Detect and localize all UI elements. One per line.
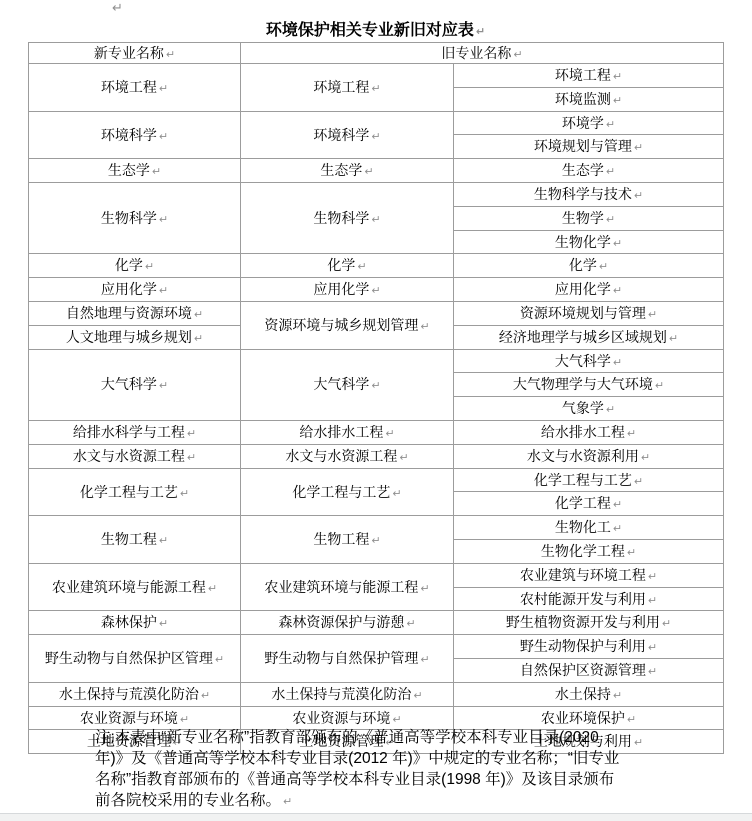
cell-old-major: 野生动物保护与利用↵: [454, 635, 724, 659]
paragraph-mark: ↵: [613, 237, 622, 250]
paragraph-mark: ↵: [399, 451, 408, 464]
cell-old-major: 自然保护区资源管理↵: [454, 658, 724, 682]
paragraph-mark: ↵: [152, 165, 161, 178]
paragraph-mark: ↵: [159, 534, 168, 547]
cell-text: 气象学: [562, 400, 604, 416]
cell-text: 环境工程: [313, 79, 369, 95]
table-row: 生物科学↵生物科学↵生物科学与技术↵: [29, 182, 724, 206]
cell-text: 野生动物与自然保护区管理: [45, 650, 213, 666]
paragraph-mark: ↵: [194, 332, 203, 345]
paragraph-mark: ↵: [187, 451, 196, 464]
paragraph-mark: ↵: [112, 1, 123, 16]
paragraph-mark: ↵: [283, 795, 292, 808]
cell-old-major: 化学工程与工艺↵: [454, 468, 724, 492]
cell-text: 自然保护区资源管理: [520, 662, 646, 678]
cell-new-major: 生物工程↵: [29, 516, 241, 564]
cell-old-major: 环境监测↵: [454, 87, 724, 111]
cell-text: 环境规划与管理: [534, 138, 632, 154]
paragraph-mark: ↵: [180, 487, 189, 500]
cell-new-major: 生物科学↵: [29, 182, 241, 253]
cell-text: 新专业名称: [94, 45, 164, 61]
page-title-text: 环境保护相关专业新旧对应表: [266, 22, 474, 39]
cell-new-major: 农业建筑环境与能源工程↵: [29, 563, 241, 611]
table-row: 野生动物与自然保护区管理↵野生动物与自然保护管理↵野生动物保护与利用↵: [29, 635, 724, 659]
cell-text: 化学工程与工艺: [292, 484, 390, 500]
cell-text: 农业资源与环境: [80, 710, 178, 726]
paragraph-mark: ↵: [385, 427, 394, 440]
paragraph-mark: ↵: [627, 546, 636, 559]
paragraph-mark: ↵: [613, 70, 622, 83]
cell-text: 野生动物与自然保护管理: [264, 650, 418, 666]
cell-new-major: 环境工程↵: [29, 64, 241, 112]
paragraph-mark: ↵: [420, 653, 429, 666]
note-line: 名称”指教育部颁布的《普通高等学校本科专业目录(1998 年)》及该目录颁布: [95, 769, 619, 790]
cell-text: 生物工程: [101, 531, 157, 547]
cell-text: 化学: [115, 257, 143, 273]
cell-text: 应用化学: [101, 281, 157, 297]
cell-old-major-mid: 大气科学↵: [241, 349, 454, 420]
paragraph-mark: ↵: [634, 189, 643, 202]
paragraph-mark: ↵: [627, 427, 636, 440]
table-row: 森林保护↵森林资源保护与游憩↵野生植物资源开发与利用↵: [29, 611, 724, 635]
cell-text: 生物学: [562, 210, 604, 226]
cell-text: 环境监测: [555, 91, 611, 107]
paragraph-mark: ↵: [159, 379, 168, 392]
paragraph-mark: ↵: [159, 130, 168, 143]
cell-old-major-mid: 资源环境与城乡规划管理↵: [241, 301, 454, 349]
paragraph-mark: ↵: [371, 379, 380, 392]
paragraph-mark: ↵: [606, 213, 615, 226]
cell-old-major-mid: 水文与水资源工程↵: [241, 444, 454, 468]
correspondence-table: 新专业名称↵旧专业名称↵ 环境工程↵环境工程↵环境工程↵环境监测↵环境科学↵环境…: [28, 42, 724, 754]
paragraph-mark: ↵: [613, 284, 622, 297]
paragraph-mark: ↵: [201, 689, 210, 702]
cell-old-major-mid: 生态学↵: [241, 159, 454, 183]
note-line-text: 年)》及《普通高等学校本科专业目录(2012 年)》中规定的专业名称；“旧专业: [95, 750, 619, 767]
paragraph-mark: ↵: [364, 165, 373, 178]
cell-old-major: 环境规划与管理↵: [454, 135, 724, 159]
paragraph-mark: ↵: [187, 427, 196, 440]
table-row: 水土保持与荒漠化防治↵水土保持与荒漠化防治↵水土保持↵: [29, 682, 724, 706]
paragraph-mark: ↵: [371, 130, 380, 143]
cell-old-major-mid: 环境工程↵: [241, 64, 454, 112]
cell-old-major: 农业建筑与环境工程↵: [454, 563, 724, 587]
paragraph-mark: ↵: [606, 118, 615, 131]
paragraph-mark: ↵: [655, 379, 664, 392]
cell-old-major-mid: 给水排水工程↵: [241, 420, 454, 444]
table-row: 环境工程↵环境工程↵环境工程↵: [29, 64, 724, 88]
cell-new-major: 给排水科学与工程↵: [29, 420, 241, 444]
cell-old-major-mid: 森林资源保护与游憩↵: [241, 611, 454, 635]
paragraph-mark: ↵: [606, 165, 615, 178]
cell-new-major: 化学↵: [29, 254, 241, 278]
cell-text: 化学: [569, 257, 597, 273]
cell-old-major-mid: 应用化学↵: [241, 278, 454, 302]
cell-text: 化学工程: [555, 495, 611, 511]
table-header-row: 新专业名称↵旧专业名称↵: [29, 43, 724, 64]
cell-old-major: 环境学↵: [454, 111, 724, 135]
table-row: 环境科学↵环境科学↵环境学↵: [29, 111, 724, 135]
paragraph-mark: ↵: [613, 356, 622, 369]
cell-text: 生物化学: [555, 234, 611, 250]
cell-text: 森林保护: [101, 614, 157, 630]
cell-text: 生物科学: [101, 210, 157, 226]
paragraph-mark: ↵: [627, 713, 636, 726]
paragraph-mark: ↵: [641, 451, 650, 464]
paragraph-mark: ↵: [634, 475, 643, 488]
cell-text: 农业资源与环境: [292, 710, 390, 726]
cell-text: 生物科学: [313, 210, 369, 226]
cell-text: 农业建筑与环境工程: [520, 567, 646, 583]
cell-text: 化学工程与工艺: [534, 472, 632, 488]
note-line: 注:本表中“新专业名称”指教育部颁布的《普通高等学校本科专业目录(2020: [95, 727, 619, 748]
cell-new-major: 野生动物与自然保护区管理↵: [29, 635, 241, 683]
cell-text: 水文与水资源工程: [73, 448, 185, 464]
cell-old-major: 生物科学与技术↵: [454, 182, 724, 206]
paragraph-mark: ↵: [420, 582, 429, 595]
paragraph-mark: ↵: [648, 308, 657, 321]
paragraph-mark: ↵: [648, 570, 657, 583]
cell-new-major: 生态学↵: [29, 159, 241, 183]
cell-text: 应用化学: [313, 281, 369, 297]
cell-text: 农业建筑环境与能源工程: [52, 579, 206, 595]
cell-old-major: 给水排水工程↵: [454, 420, 724, 444]
table-row: 给排水科学与工程↵给水排水工程↵给水排水工程↵: [29, 420, 724, 444]
cell-text: 自然地理与资源环境: [66, 305, 192, 321]
cell-text: 给水排水工程: [299, 424, 383, 440]
paragraph-mark: ↵: [215, 653, 224, 666]
cell-text: 大气科学: [313, 376, 369, 392]
cell-old-major-mid: 环境科学↵: [241, 111, 454, 159]
cell-old-major: 化学工程↵: [454, 492, 724, 516]
cell-old-major: 化学↵: [454, 254, 724, 278]
cell-text: 生物化学工程: [541, 543, 625, 559]
paragraph-mark: ↵: [159, 213, 168, 226]
cell-text: 旧专业名称: [441, 45, 511, 61]
cell-old-major: 生物化学工程↵: [454, 539, 724, 563]
cell-old-major: 生态学↵: [454, 159, 724, 183]
paragraph-mark: ↵: [613, 94, 622, 107]
cell-text: 生态学: [108, 162, 150, 178]
cell-old-major: 经济地理学与城乡区域规划↵: [454, 325, 724, 349]
cell-old-major: 生物化工↵: [454, 516, 724, 540]
cell-text: 环境工程: [555, 67, 611, 83]
cell-text: 生物工程: [313, 531, 369, 547]
cell-old-major-mid: 化学↵: [241, 254, 454, 278]
cell-new-major: 化学工程与工艺↵: [29, 468, 241, 516]
note-line-text: 注:本表中“新专业名称”指教育部颁布的《普通高等学校本科专业目录(2020: [95, 729, 599, 746]
paragraph-mark: ↵: [194, 308, 203, 321]
cell-old-major: 气象学↵: [454, 397, 724, 421]
note-line: 前各院校采用的专业名称。↵: [95, 790, 619, 811]
table-row: 化学工程与工艺↵化学工程与工艺↵化学工程与工艺↵: [29, 468, 724, 492]
cell-old-major: 应用化学↵: [454, 278, 724, 302]
cell-old-major: 生物学↵: [454, 206, 724, 230]
paragraph-mark: ↵: [648, 665, 657, 678]
paragraph-mark: ↵: [145, 260, 154, 273]
cell-text: 资源环境与城乡规划管理: [264, 317, 418, 333]
cell-new-major: 自然地理与资源环境↵: [29, 301, 241, 325]
paragraph-mark: ↵: [371, 213, 380, 226]
cell-text: 大气科学: [101, 376, 157, 392]
cell-text: 水土保持: [555, 686, 611, 702]
note-line: 年)》及《普通高等学校本科专业目录(2012 年)》中规定的专业名称；“旧专业: [95, 748, 619, 769]
cell-text: 生态学: [320, 162, 362, 178]
cell-text: 农业环境保护: [541, 710, 625, 726]
cell-new-major: 人文地理与城乡规划↵: [29, 325, 241, 349]
cell-old-major-mid: 水土保持与荒漠化防治↵: [241, 682, 454, 706]
cell-text: 环境学: [562, 115, 604, 131]
cell-old-major-mid: 生物科学↵: [241, 182, 454, 253]
paragraph-mark: ↵: [371, 284, 380, 297]
table-header: 新专业名称↵旧专业名称↵: [29, 43, 724, 64]
cell-old-major: 野生植物资源开发与利用↵: [454, 611, 724, 635]
cell-text: 大气科学: [555, 353, 611, 369]
cell-text: 应用化学: [555, 281, 611, 297]
cell-old-major-mid: 生物工程↵: [241, 516, 454, 564]
cell-new-major: 环境科学↵: [29, 111, 241, 159]
table-row: 应用化学↵应用化学↵应用化学↵: [29, 278, 724, 302]
cell-text: 环境科学: [313, 127, 369, 143]
cell-text: 环境工程: [101, 79, 157, 95]
cell-old-major-mid: 化学工程与工艺↵: [241, 468, 454, 516]
paragraph-mark: ↵: [208, 582, 217, 595]
cell-text: 生物化工: [555, 519, 611, 535]
table-row: 农业建筑环境与能源工程↵农业建筑环境与能源工程↵农业建筑与环境工程↵: [29, 563, 724, 587]
cell-text: 森林资源保护与游憩: [278, 614, 404, 630]
cell-old-major: 大气科学↵: [454, 349, 724, 373]
paragraph-mark: ↵: [599, 260, 608, 273]
cell-text: 农村能源开发与利用: [520, 591, 646, 607]
paragraph-mark: ↵: [159, 617, 168, 630]
paragraph-mark: ↵: [606, 403, 615, 416]
cell-text: 生态学: [562, 162, 604, 178]
cell-text: 大气物理学与大气环境: [513, 376, 653, 392]
paragraph-mark: ↵: [648, 594, 657, 607]
paragraph-mark: ↵: [613, 522, 622, 535]
header-new-major: 新专业名称↵: [29, 43, 241, 64]
paragraph-mark: ↵: [634, 141, 643, 154]
table-body: 环境工程↵环境工程↵环境工程↵环境监测↵环境科学↵环境科学↵环境学↵环境规划与管…: [29, 64, 724, 754]
cell-new-major: 森林保护↵: [29, 611, 241, 635]
paragraph-mark: ↵: [166, 48, 175, 61]
paragraph-mark: ↵: [634, 736, 643, 749]
bottom-divider: [0, 813, 752, 821]
paragraph-mark: ↵: [613, 498, 622, 511]
paragraph-mark: ↵: [159, 284, 168, 297]
table-row: 生态学↵生态学↵生态学↵: [29, 159, 724, 183]
note-line-text: 名称”指教育部颁布的《普通高等学校本科专业目录(1998 年)》及该目录颁布: [95, 771, 614, 788]
paragraph-mark: ↵: [662, 617, 671, 630]
paragraph-mark: ↵: [371, 534, 380, 547]
table-row: 水文与水资源工程↵水文与水资源工程↵水文与水资源利用↵: [29, 444, 724, 468]
cell-text: 给排水科学与工程: [73, 424, 185, 440]
cell-new-major: 水土保持与荒漠化防治↵: [29, 682, 241, 706]
paragraph-mark: ↵: [357, 260, 366, 273]
paragraph-mark: ↵: [513, 48, 522, 61]
cell-old-major: 生物化学↵: [454, 230, 724, 254]
paragraph-mark: ↵: [613, 689, 622, 702]
cell-text: 资源环境规划与管理: [520, 305, 646, 321]
cell-text: 水土保持与荒漠化防治: [59, 686, 199, 702]
cell-old-major: 资源环境规划与管理↵: [454, 301, 724, 325]
cell-text: 野生动物保护与利用: [520, 638, 646, 654]
cell-text: 给水排水工程: [541, 424, 625, 440]
cell-text: 生物科学与技术: [534, 186, 632, 202]
paragraph-mark: ↵: [413, 689, 422, 702]
paragraph-mark: ↵: [420, 320, 429, 333]
paragraph-mark: ↵: [476, 25, 485, 38]
paragraph-mark: ↵: [669, 332, 678, 345]
cell-new-major: 大气科学↵: [29, 349, 241, 420]
cell-text: 水土保持与荒漠化防治: [271, 686, 411, 702]
paragraph-mark: ↵: [648, 641, 657, 654]
paragraph-mark: ↵: [371, 82, 380, 95]
table-row: 化学↵化学↵化学↵: [29, 254, 724, 278]
cell-text: 人文地理与城乡规划: [66, 329, 192, 345]
cell-text: 经济地理学与城乡区域规划: [499, 329, 667, 345]
cell-text: 野生植物资源开发与利用: [506, 614, 660, 630]
table-row: 生物工程↵生物工程↵生物化工↵: [29, 516, 724, 540]
cell-old-major: 水土保持↵: [454, 682, 724, 706]
note-text: 注:本表中“新专业名称”指教育部颁布的《普通高等学校本科专业目录(2020年)》…: [95, 727, 619, 811]
cell-new-major: 水文与水资源工程↵: [29, 444, 241, 468]
paragraph-mark: ↵: [406, 617, 415, 630]
table-row: 自然地理与资源环境↵资源环境与城乡规划管理↵资源环境规划与管理↵: [29, 301, 724, 325]
cell-new-major: 应用化学↵: [29, 278, 241, 302]
cell-old-major: 环境工程↵: [454, 64, 724, 88]
cell-old-major: 农村能源开发与利用↵: [454, 587, 724, 611]
note-line-text: 前各院校采用的专业名称。: [95, 792, 281, 809]
page-title: 环境保护相关专业新旧对应表↵: [28, 17, 723, 40]
cell-text: 水文与水资源利用: [527, 448, 639, 464]
header-old-major: 旧专业名称↵: [241, 43, 724, 64]
cell-text: 化学工程与工艺: [80, 484, 178, 500]
paragraph-mark: ↵: [392, 713, 401, 726]
cell-text: 化学: [327, 257, 355, 273]
paragraph-mark: ↵: [392, 487, 401, 500]
cell-old-major: 水文与水资源利用↵: [454, 444, 724, 468]
table-row: 大气科学↵大气科学↵大气科学↵: [29, 349, 724, 373]
cell-text: 水文与水资源工程: [285, 448, 397, 464]
cell-text: 环境科学: [101, 127, 157, 143]
paragraph-mark: ↵: [180, 713, 189, 726]
cell-old-major: 大气物理学与大气环境↵: [454, 373, 724, 397]
cell-text: 农业建筑环境与能源工程: [264, 579, 418, 595]
paragraph-mark: ↵: [159, 82, 168, 95]
cell-old-major-mid: 野生动物与自然保护管理↵: [241, 635, 454, 683]
cell-old-major-mid: 农业建筑环境与能源工程↵: [241, 563, 454, 611]
